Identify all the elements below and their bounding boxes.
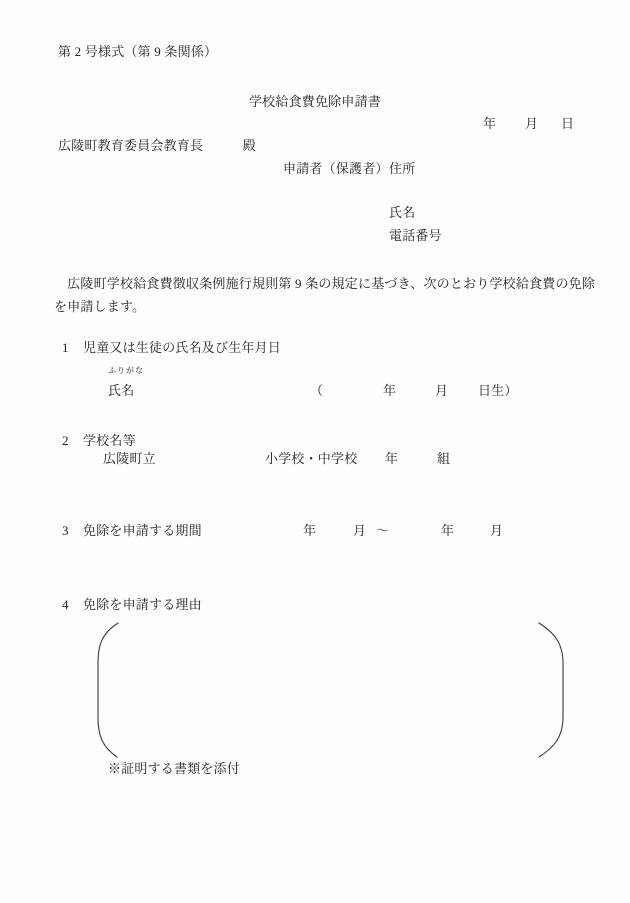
- item3-month2-label: 月: [490, 523, 503, 539]
- body-paragraph-line1: 広陵町学校給食費徴収条例施行規則第 9 条の規定に基づき、次のとおり学校給食費の…: [54, 276, 595, 292]
- item4-attachment-note: ※証明する書類を添付: [108, 761, 240, 777]
- item2-label: 学校名等: [83, 433, 136, 449]
- item4-label: 免除を申請する理由: [83, 597, 202, 613]
- item2-number: 2: [62, 433, 69, 449]
- applicant-address-label: 住所: [389, 161, 415, 177]
- item3-number: 3: [62, 523, 69, 539]
- item3-tilde: ～: [376, 523, 389, 539]
- item2-school-types: 小学校・中学校: [265, 451, 357, 467]
- body-paragraph-line2: を申請します。: [54, 299, 145, 315]
- item1-label: 児童又は生徒の氏名及び生年月日: [83, 340, 281, 356]
- item2-grade-label: 年: [385, 451, 398, 467]
- item1-name-label: 氏名: [108, 383, 134, 399]
- item3-year2-label: 年: [441, 523, 454, 539]
- reason-parentheses: [90, 618, 572, 762]
- item1-month-label: 月: [435, 383, 448, 399]
- applicant-name-label: 氏名: [389, 205, 415, 221]
- date-month-label: 月: [525, 116, 538, 132]
- date-year-label: 年: [483, 116, 496, 132]
- item3-year1-label: 年: [303, 523, 316, 539]
- date-day-label: 日: [561, 116, 574, 132]
- item1-number: 1: [62, 340, 69, 356]
- item3-label: 免除を申請する期間: [83, 523, 202, 539]
- item4-number: 4: [62, 597, 69, 613]
- applicant-phone-label: 電話番号: [389, 228, 442, 244]
- item1-year-label: 年: [383, 383, 396, 399]
- form-number: 第 2 号様式（第 9 条関係）: [58, 44, 217, 60]
- addressee: 広陵町教育委員会教育長 殿: [58, 138, 256, 154]
- application-form-page: 第 2 号様式（第 9 条関係） 学校給食費免除申請書 年 月 日 広陵町教育委…: [0, 0, 630, 903]
- item1-furigana-label: ふりがな: [108, 366, 144, 376]
- left-parenthesis-shape: [98, 623, 118, 757]
- page-title: 学校給食費免除申請書: [0, 94, 630, 110]
- right-parenthesis-shape: [539, 623, 563, 757]
- item3-month1-label: 月: [353, 523, 366, 539]
- item2-school-prefix: 広陵町立: [103, 451, 156, 467]
- applicant-label: 申請者（保護者）: [283, 161, 389, 177]
- item1-birthday-close: 日生）: [478, 383, 518, 399]
- item1-paren-open: （: [310, 383, 323, 399]
- item2-class-label: 組: [437, 451, 450, 467]
